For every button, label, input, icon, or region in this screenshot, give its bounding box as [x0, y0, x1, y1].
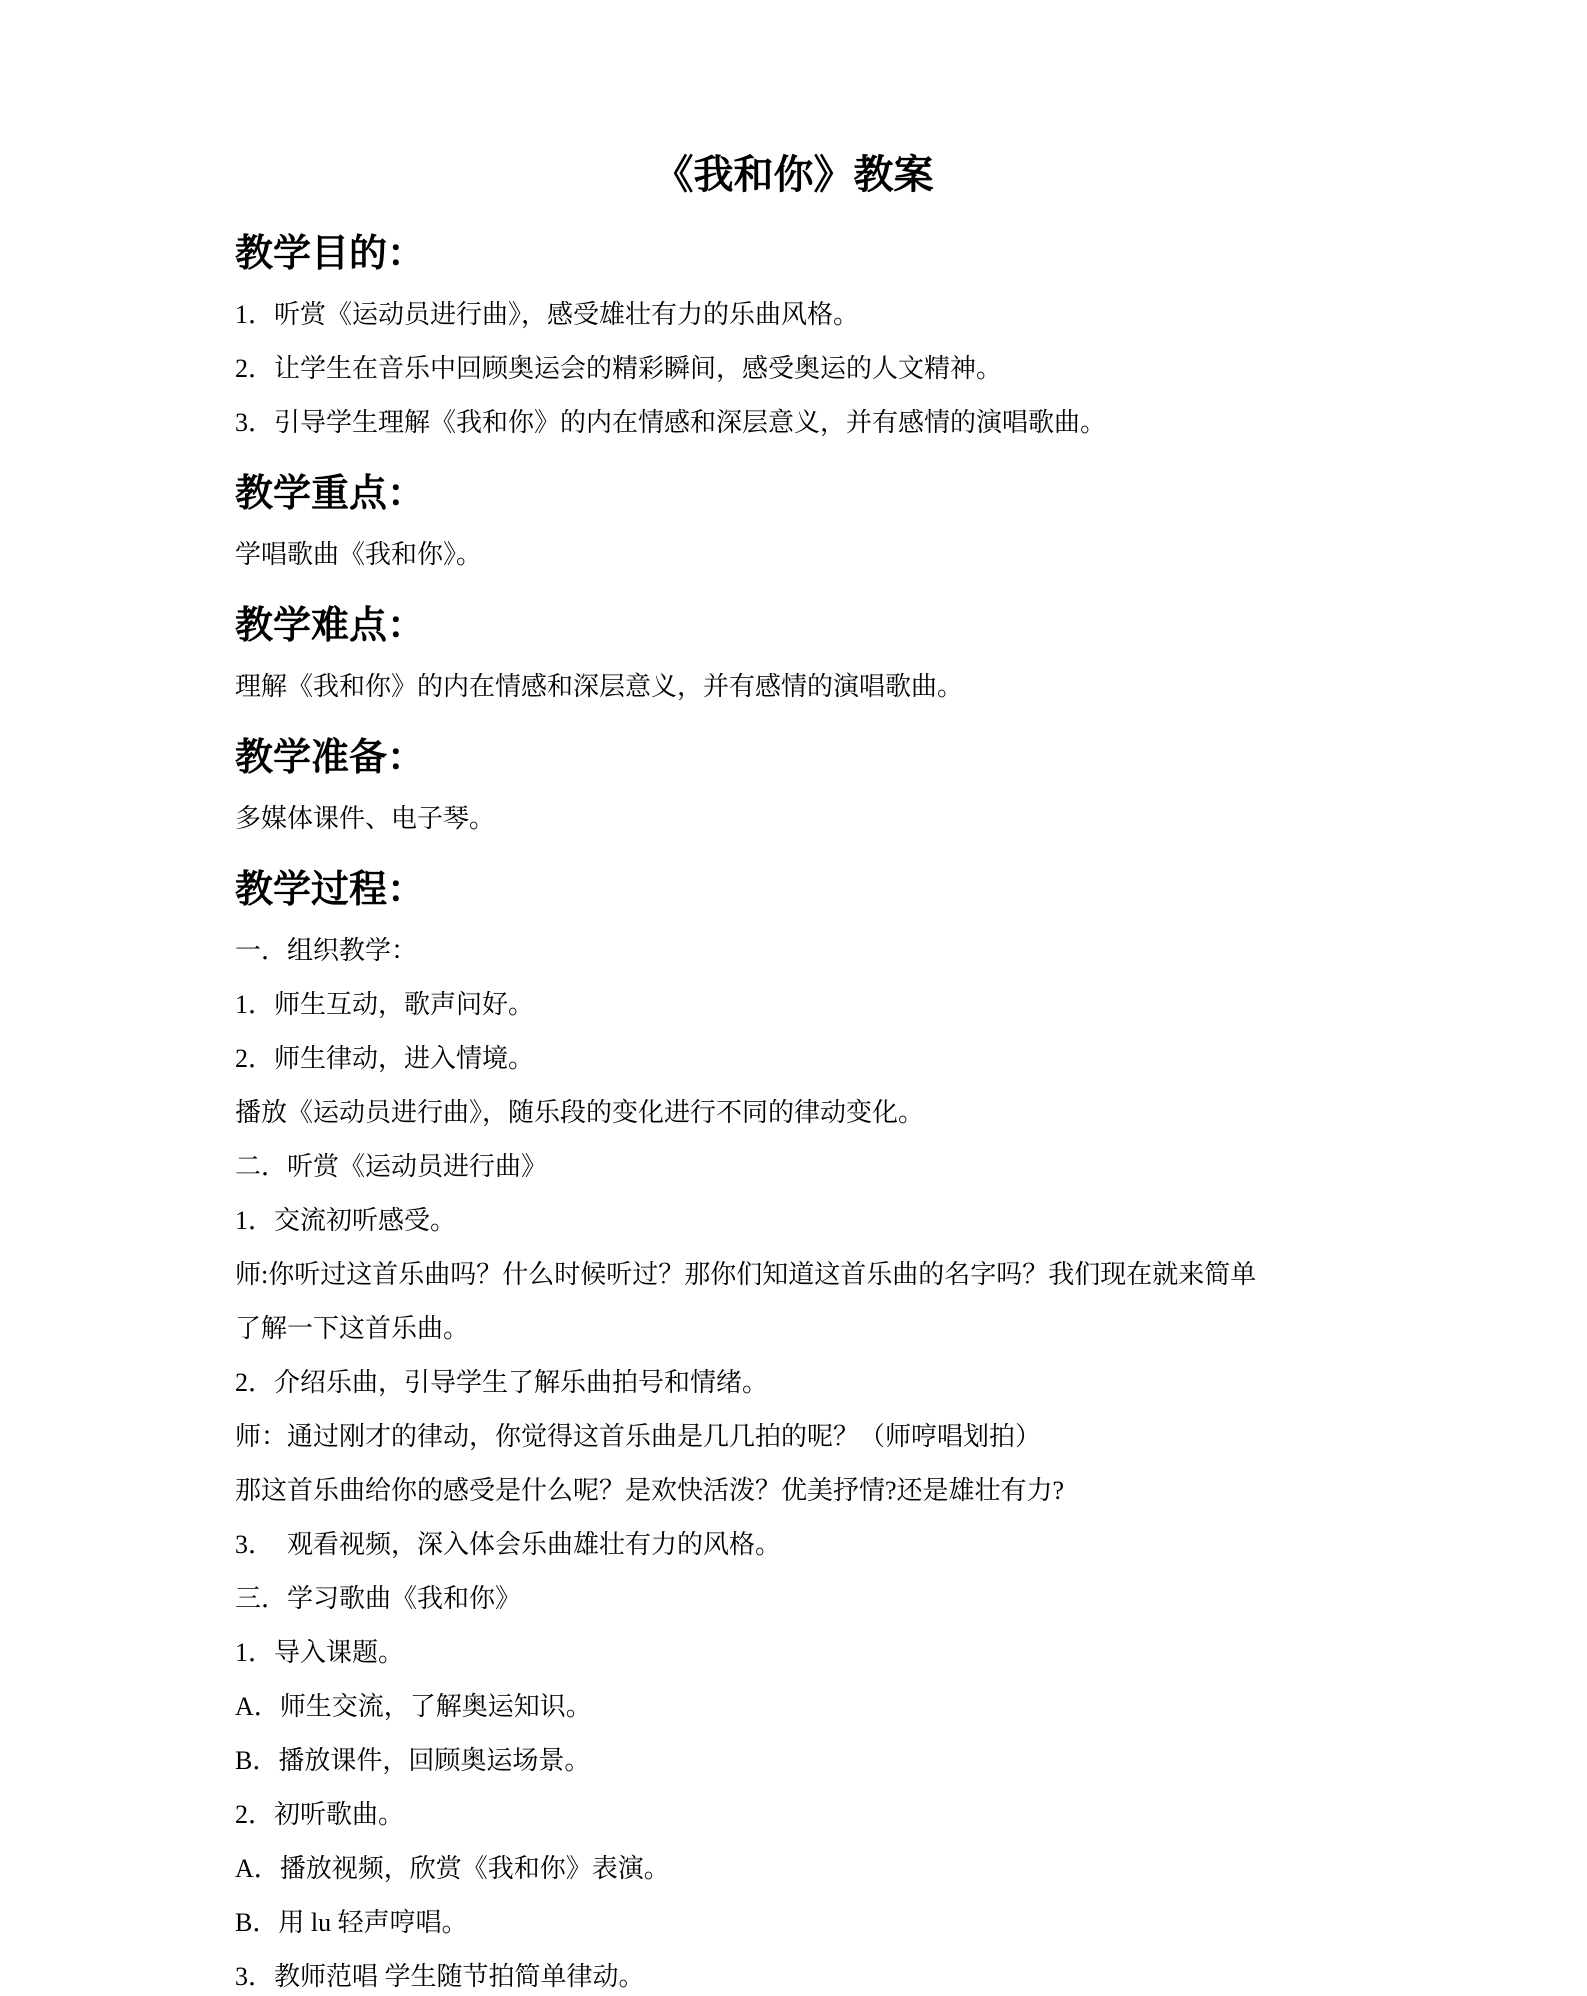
text-line: B．播放课件，回顾奥运场景。 [235, 1744, 1467, 1778]
text-line: 3．引导学生理解《我和你》的内在情感和深层意义，并有感情的演唱歌曲。 [235, 406, 1467, 440]
text-line: 2．让学生在音乐中回顾奥运会的精彩瞬间，感受奥运的人文精神。 [235, 352, 1467, 386]
text-line: 了解一下这首乐曲。 [235, 1312, 1467, 1346]
text-line: 三．学习歌曲《我和你》 [235, 1582, 1467, 1616]
text-line: 2．初听歌曲。 [235, 1798, 1467, 1832]
text-line: 一．组织教学： [235, 934, 1467, 968]
section-heading: 教学准备： [235, 734, 1467, 782]
text-line: 2．师生律动，进入情境。 [235, 1042, 1467, 1076]
text-line: A．师生交流，了解奥运知识。 [235, 1690, 1467, 1724]
text-line: B．用 lu 轻声哼唱。 [235, 1906, 1467, 1940]
text-line: 1．师生互动，歌声问好。 [235, 988, 1467, 1022]
text-line: A．播放视频，欣赏《我和你》表演。 [235, 1852, 1467, 1886]
section-heading: 教学过程： [235, 866, 1467, 914]
text-line: 3．教师范唱 学生随节拍简单律动。 [235, 1960, 1467, 1994]
text-line: 师：通过刚才的律动，你觉得这首乐曲是几几拍的呢？（师哼唱划拍） [235, 1420, 1467, 1454]
document-body: 教学目的： 1．听赏《运动员进行曲》，感受雄壮有力的乐曲风格。 2．让学生在音乐… [0, 230, 1587, 1994]
text-line: 二．听赏《运动员进行曲》 [235, 1150, 1467, 1184]
text-line: 1．听赏《运动员进行曲》，感受雄壮有力的乐曲风格。 [235, 298, 1467, 332]
text-line: 理解《我和你》的内在情感和深层意义，并有感情的演唱歌曲。 [235, 670, 1467, 704]
text-line: 播放《运动员进行曲》，随乐段的变化进行不同的律动变化。 [235, 1096, 1467, 1130]
text-line: 学唱歌曲《我和你》。 [235, 538, 1467, 572]
section-heading: 教学重点： [235, 470, 1467, 518]
document-page: 《我和你》教案 教学目的： 1．听赏《运动员进行曲》，感受雄壮有力的乐曲风格。 … [0, 0, 1587, 1996]
section-teaching-process: 教学过程： 一．组织教学： 1．师生互动，歌声问好。 2．师生律动，进入情境。 … [235, 866, 1467, 1994]
document-title: 《我和你》教案 [0, 0, 1587, 200]
section-teaching-difficulty: 教学难点： 理解《我和你》的内在情感和深层意义，并有感情的演唱歌曲。 [235, 602, 1467, 704]
text-line: 1．导入课题。 [235, 1636, 1467, 1670]
section-heading: 教学目的： [235, 230, 1467, 278]
text-line: 2．介绍乐曲，引导学生了解乐曲拍号和情绪。 [235, 1366, 1467, 1400]
text-line: 3． 观看视频，深入体会乐曲雄壮有力的风格。 [235, 1528, 1467, 1562]
text-line: 那这首乐曲给你的感受是什么呢？是欢快活泼？优美抒情?还是雄壮有力? [235, 1474, 1467, 1508]
text-line: 1．交流初听感受。 [235, 1204, 1467, 1238]
text-line: 师:你听过这首乐曲吗？什么时候听过？那你们知道这首乐曲的名字吗？我们现在就来简单 [235, 1258, 1467, 1292]
section-teaching-focus: 教学重点： 学唱歌曲《我和你》。 [235, 470, 1467, 572]
section-teaching-objectives: 教学目的： 1．听赏《运动员进行曲》，感受雄壮有力的乐曲风格。 2．让学生在音乐… [235, 230, 1467, 440]
section-teaching-preparation: 教学准备： 多媒体课件、电子琴。 [235, 734, 1467, 836]
text-line: 多媒体课件、电子琴。 [235, 802, 1467, 836]
section-heading: 教学难点： [235, 602, 1467, 650]
